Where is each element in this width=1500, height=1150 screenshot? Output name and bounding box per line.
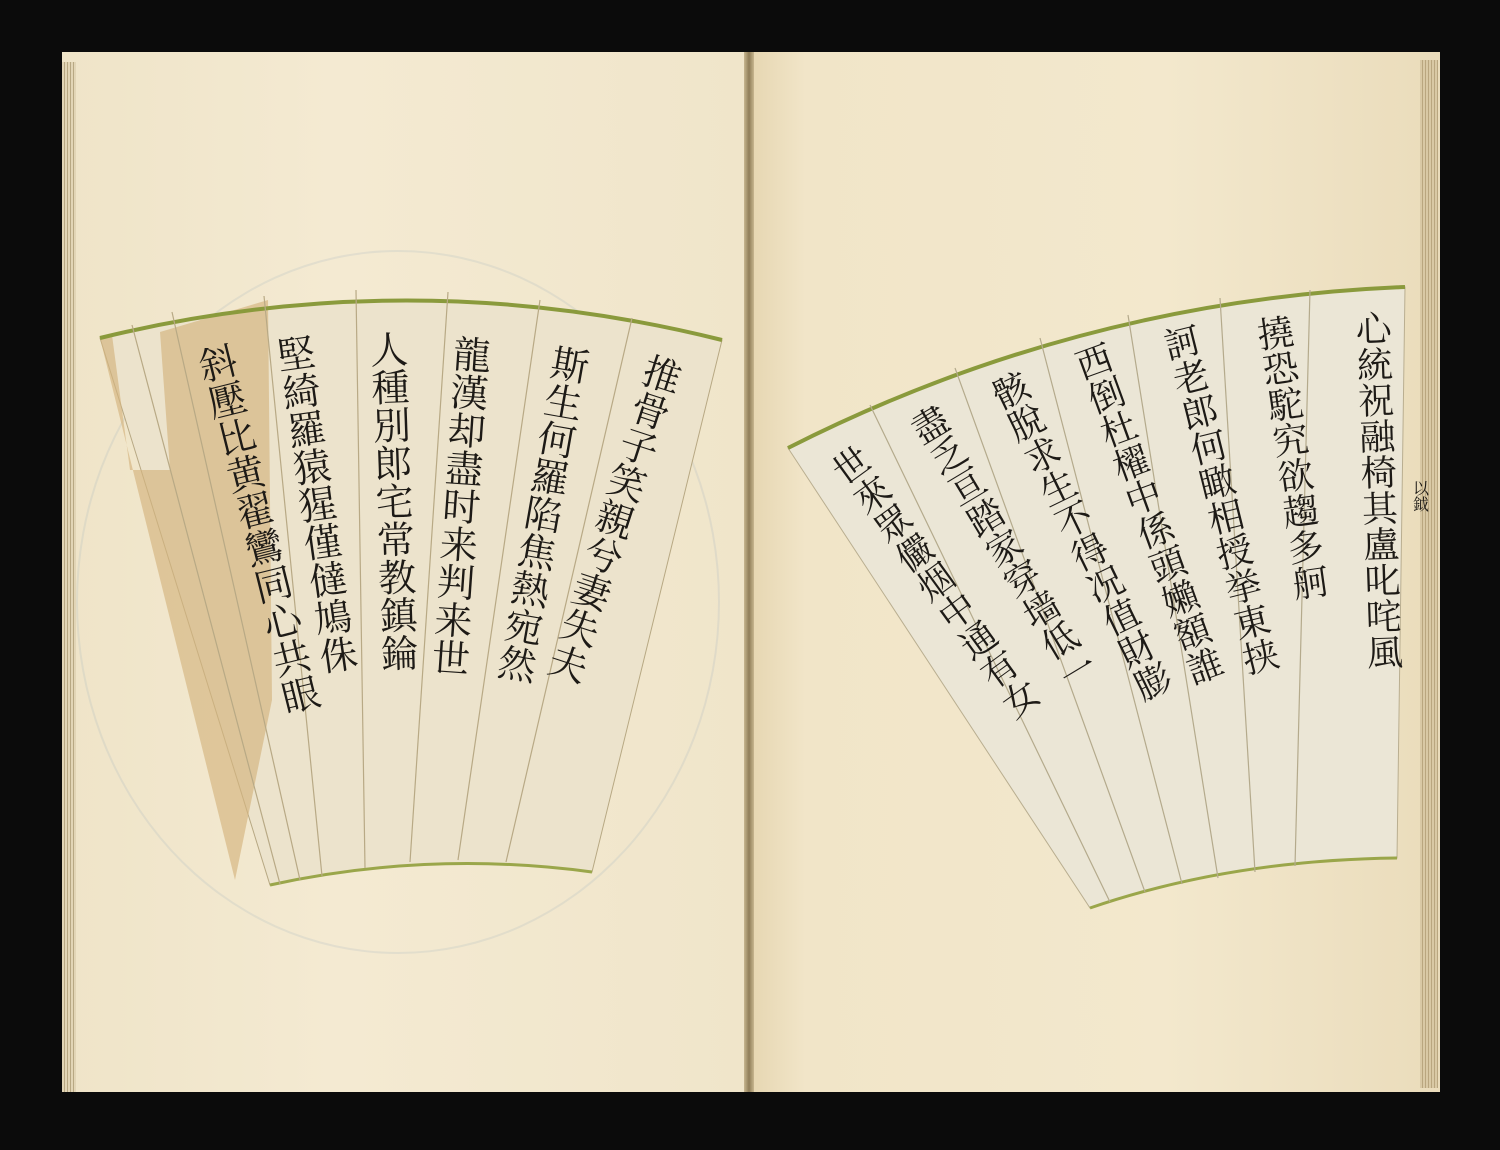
fan-artwork: 推骨子笑親兮妻失夫 斯生何羅陷焦熱宛然 龍漢却盡时来判来世 人種別郎宅常教鎮錀 …: [0, 0, 1500, 1150]
right-fan-annotation: 以鉞: [1411, 480, 1430, 512]
left-fan: 推骨子笑親兮妻失夫 斯生何羅陷焦熱宛然 龍漢却盡时来判来世 人種別郎宅常教鎮錀 …: [100, 290, 722, 885]
right-fan: 心統祝融椅其盧叱咤風 撓恐駝究欲趨多舸 訶老郎何瞰相授挙東挟 西倒杜櫂中係頭嬾額…: [788, 287, 1430, 908]
